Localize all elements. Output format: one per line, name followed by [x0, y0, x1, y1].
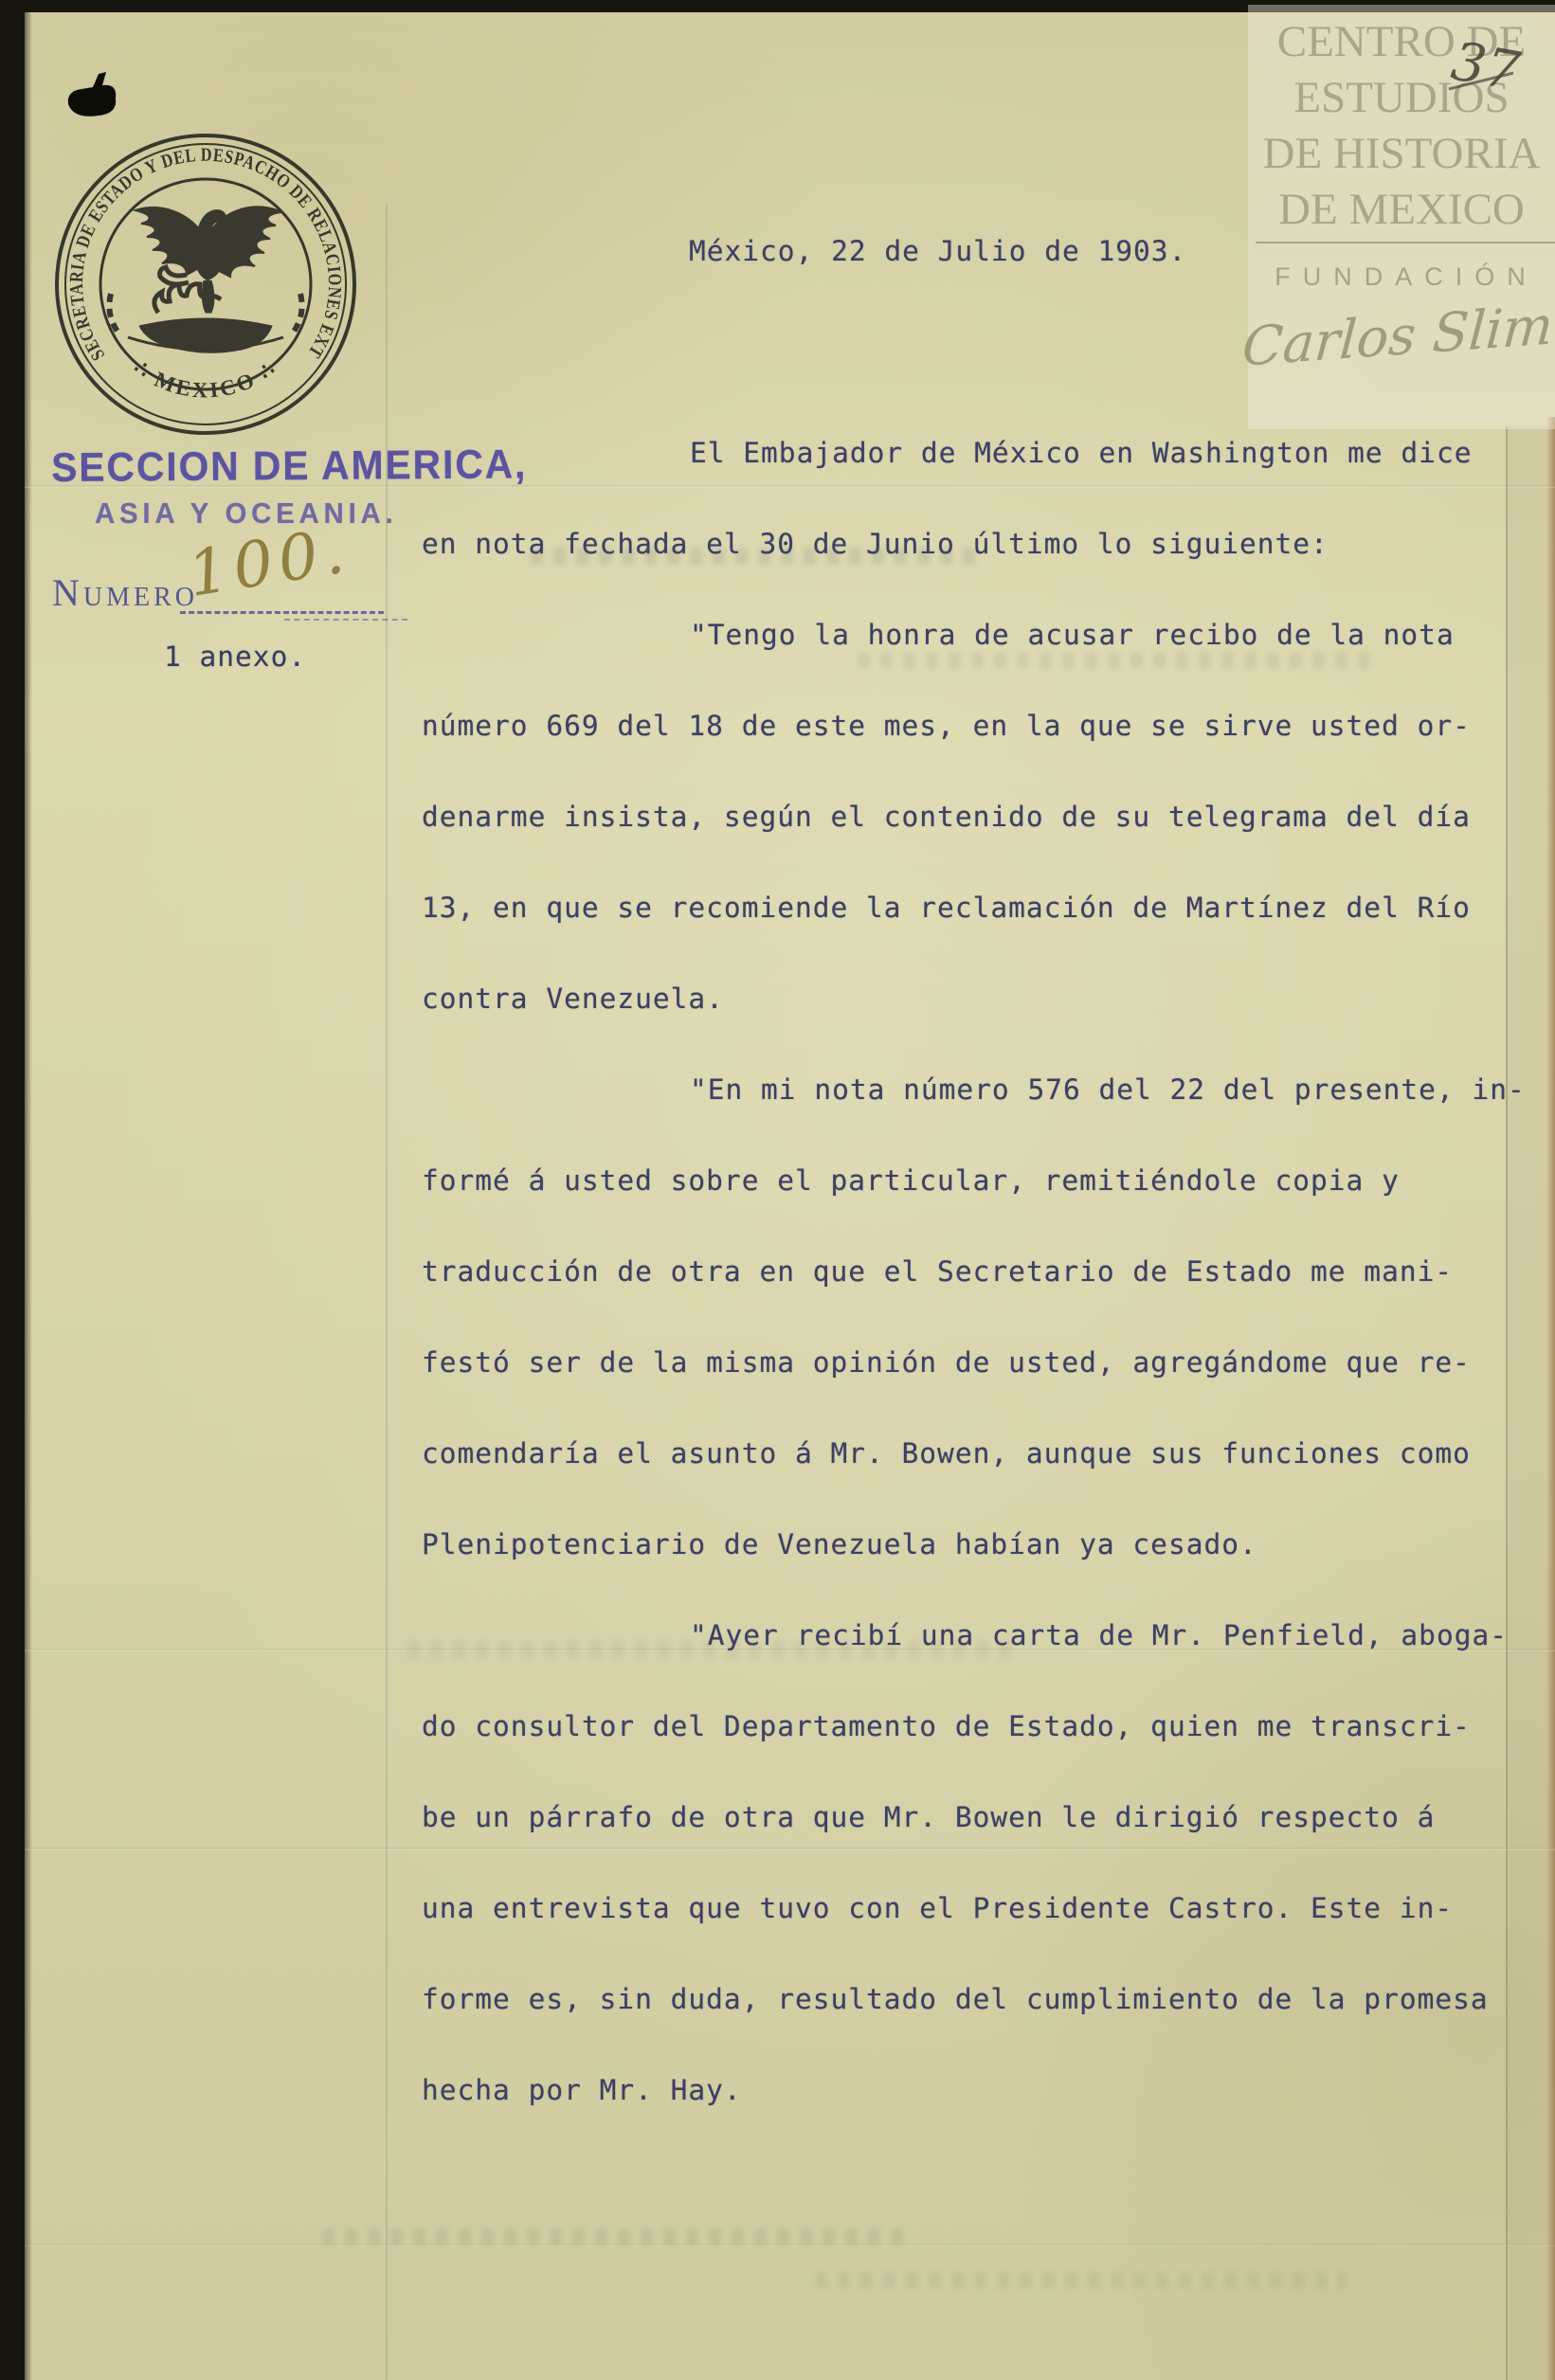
ink-bleed-streak — [815, 2272, 1346, 2289]
letter-line: número 669 del 18 de este mes, en la que… — [422, 680, 1511, 771]
letter-line: formé á usted sobre el particular, remit… — [422, 1135, 1511, 1226]
letter-line: do consultor del Departamento de Estado,… — [422, 1681, 1511, 1772]
letter-line: be un párrafo de otra que Mr. Bowen le d… — [422, 1772, 1511, 1863]
fundacion-label: FUNDACIÓN — [1257, 262, 1555, 292]
watermark-line: DE HISTORIA — [1248, 126, 1555, 182]
numero-rule — [180, 611, 384, 614]
foreign-ministry-seal: SECRETARIA DE ESTADO Y DEL DESPACHO DE R… — [45, 123, 367, 445]
letter-line: "Tengo la honra de acusar recibo de la n… — [422, 589, 1511, 680]
letter-line: traducción de otra en que el Secretario … — [422, 1226, 1511, 1317]
svg-text:∴ MEXICO ∴: ∴ MEXICO ∴ — [130, 355, 282, 403]
dateline: México, 22 de Julio de 1903. — [689, 235, 1186, 267]
scan-edge-right — [1546, 417, 1555, 2380]
carlos-slim-signature: Carlos Slim — [1225, 294, 1555, 380]
letter-line: festó ser de la misma opinión de usted, … — [422, 1317, 1511, 1408]
letter-line: 13, en que se recomiende la reclamación … — [422, 862, 1511, 953]
scan-edge-left — [0, 0, 25, 2380]
letter-line: "Ayer recibí una carta de Mr. Penfield, … — [422, 1590, 1511, 1681]
page-number-annotation: 37 — [1447, 30, 1524, 102]
watermark-divider — [1256, 242, 1555, 243]
letter-line: una entrevista que tuvo con el President… — [422, 1863, 1511, 1954]
watermark-line: DE MEXICO — [1248, 182, 1555, 238]
letter-body: El Embajador de México en Washington me … — [422, 407, 1511, 2136]
numero-label: Numero — [52, 570, 198, 615]
section-stamp-line2: ASIA Y OCEANIA. — [95, 496, 397, 531]
eagle-emblem — [109, 207, 301, 352]
letter-line: en nota fechada el 30 de Junio último lo… — [422, 498, 1511, 589]
letter-line: hecha por Mr. Hay. — [422, 2045, 1511, 2136]
scan-edge-left-shadow — [25, 0, 32, 2380]
scanned-letter-page: SECRETARIA DE ESTADO Y DEL DESPACHO DE R… — [0, 0, 1555, 2380]
letter-line: contra Venezuela. — [422, 953, 1511, 1044]
seal-bottom-text: ∴ MEXICO ∴ — [130, 355, 282, 403]
letter-line: forme es, sin duda, resultado del cumpli… — [422, 1954, 1511, 2045]
letter-line: comendaría el asunto á Mr. Bowen, aunque… — [422, 1408, 1511, 1499]
letter-line: Plenipotenciario de Venezuela habían ya … — [422, 1499, 1511, 1590]
numero-rule — [284, 619, 407, 621]
letter-line: "En mi nota número 576 del 22 del presen… — [422, 1044, 1511, 1135]
anexo-note: 1 anexo. — [164, 640, 306, 673]
letter-line: denarme insista, según el contenido de s… — [422, 771, 1511, 862]
ink-bleed-streak — [322, 2228, 910, 2245]
